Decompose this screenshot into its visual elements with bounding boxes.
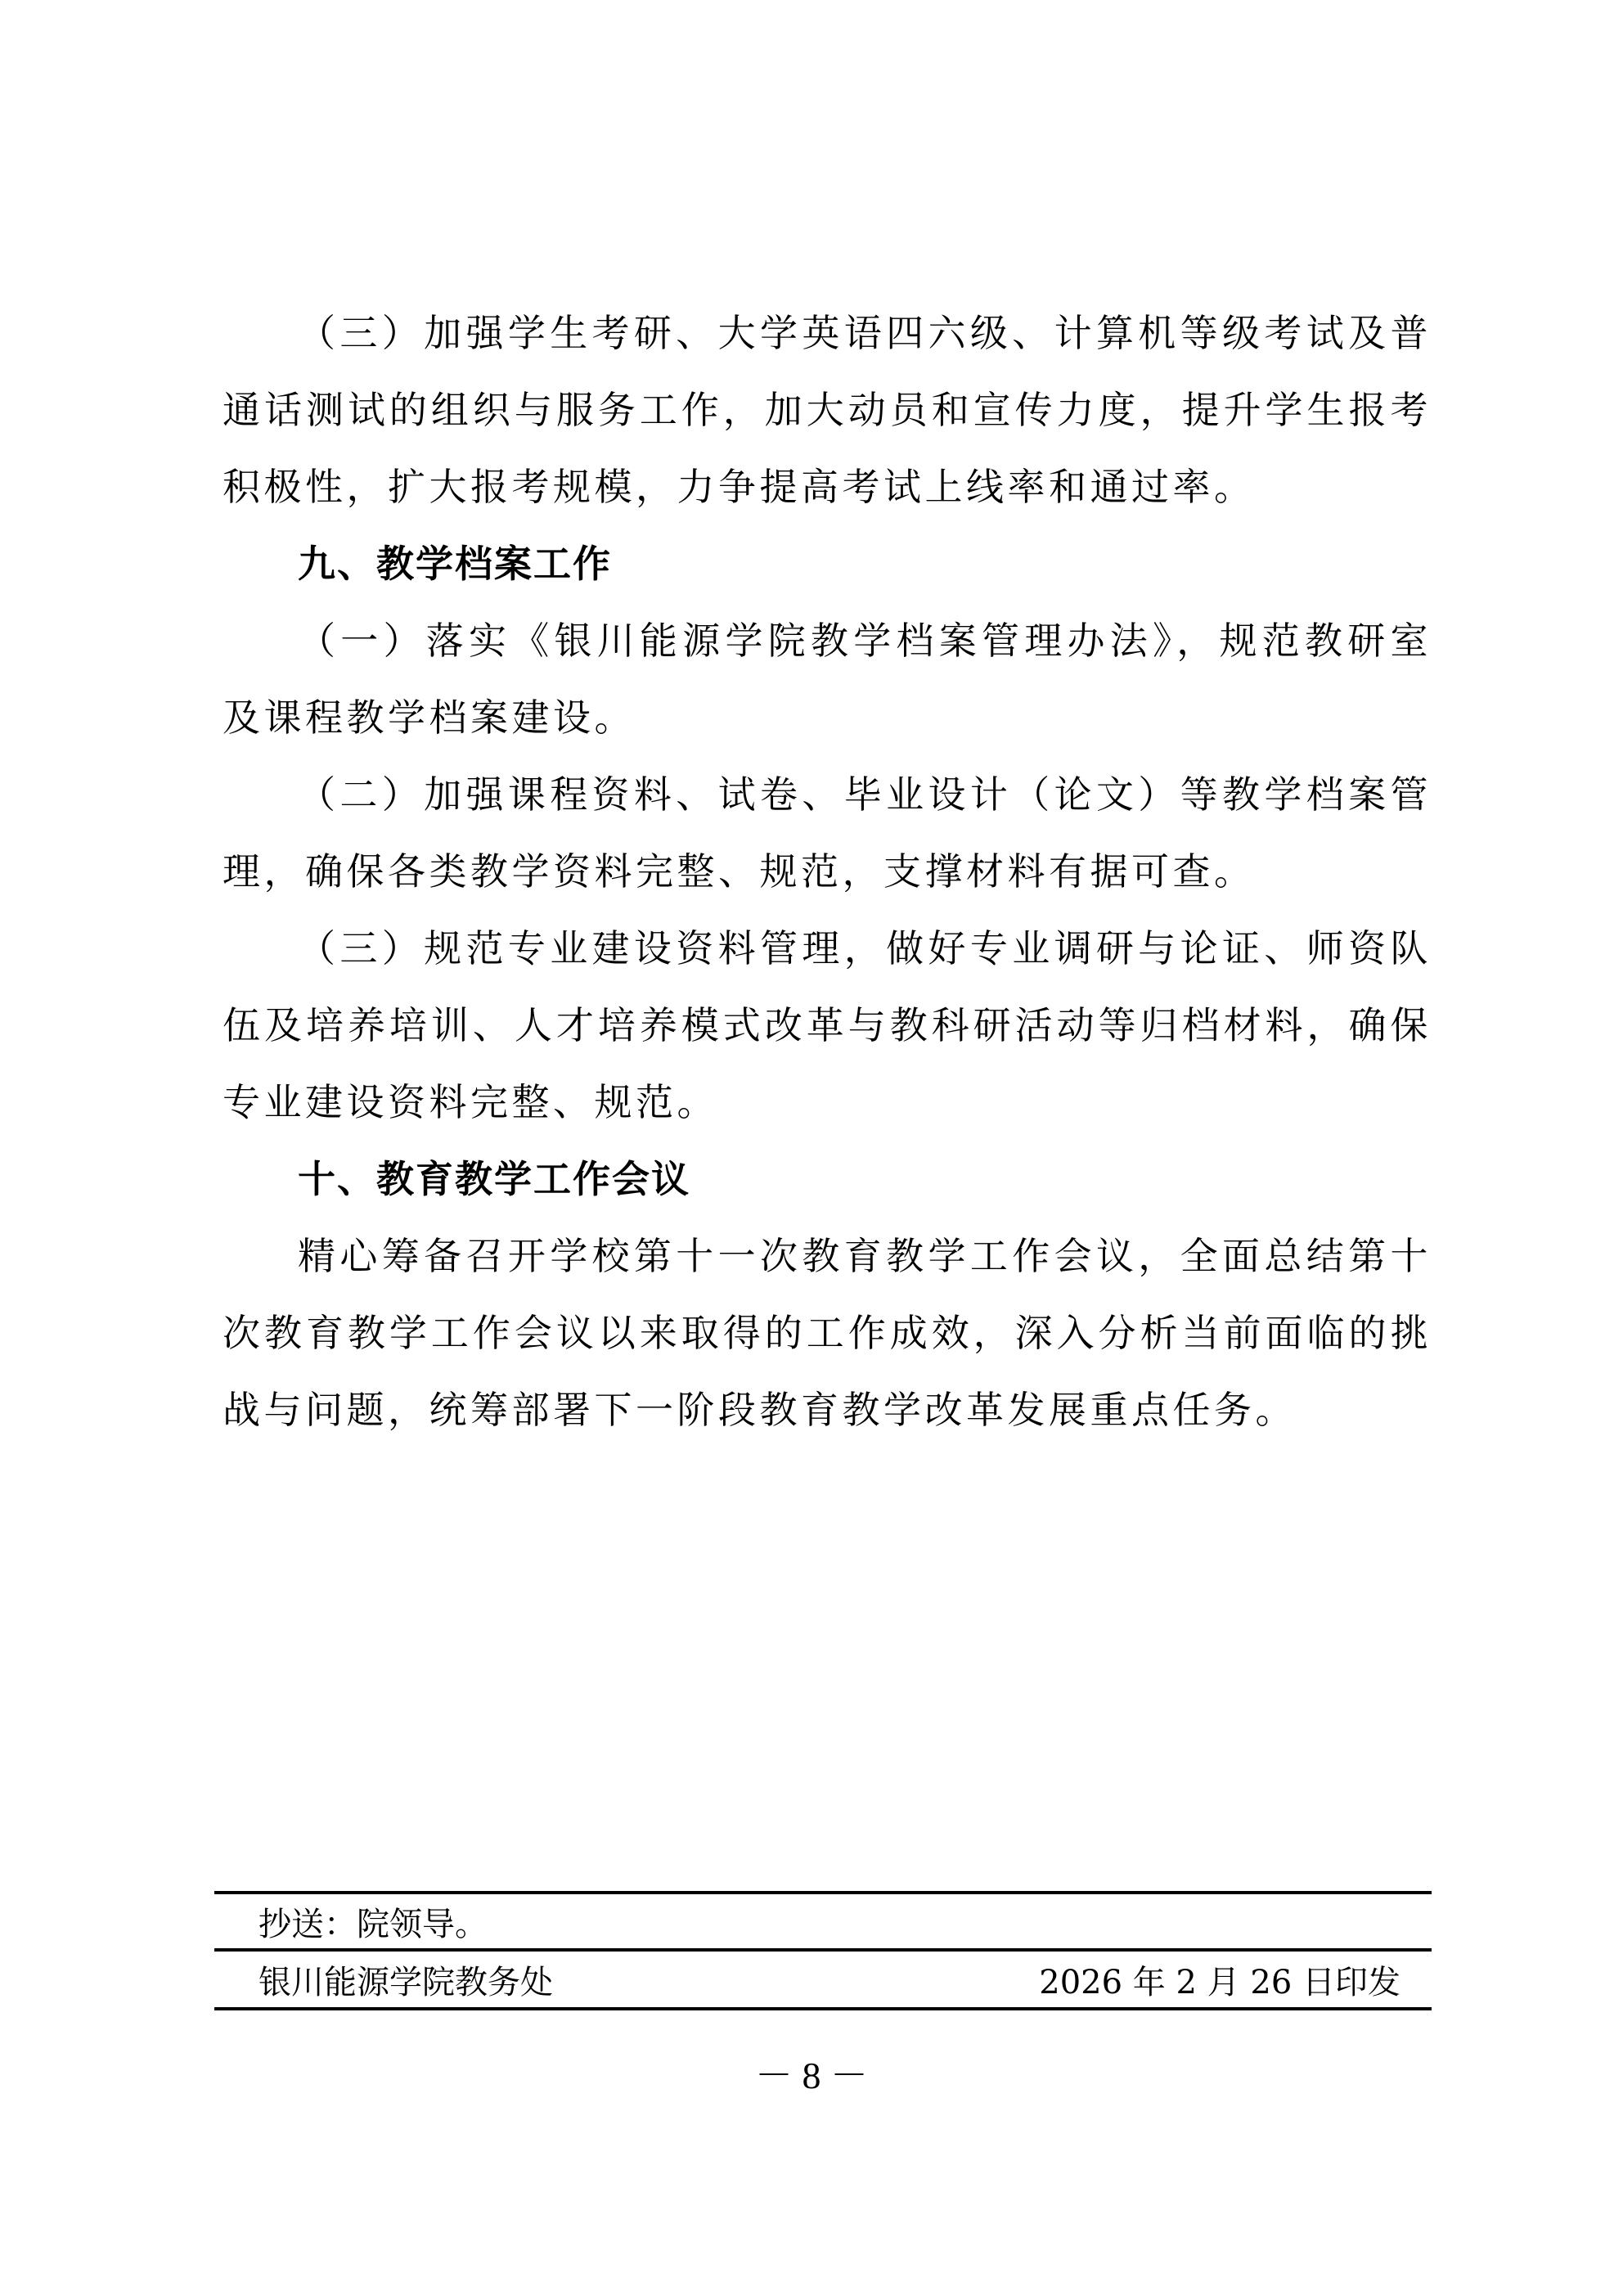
paragraph-exam-services: （三）加强学生考研、大学英语四六级、计算机等级考试及普通话测试的组织与服务工作，… (223, 295, 1432, 525)
page-number: － 8 － (0, 2046, 1623, 2100)
cc-row: 抄送：院领导。 (214, 1894, 1432, 1948)
heading-teaching-archives: 九、教学档案工作 (223, 525, 1432, 602)
paragraph-conference-plan: 精心筹备召开学校第十一次教育教学工作会议，全面总结第十次教育教学工作会议以来取得… (223, 1218, 1432, 1448)
document-page: （三）加强学生考研、大学英语四六级、计算机等级考试及普通话测试的组织与服务工作，… (0, 0, 1623, 2296)
issuer-row: 银川能源学院教务处 2026 年 2 月 26 日印发 (214, 1952, 1432, 2007)
issuer: 银川能源学院教务处 (259, 1956, 553, 2003)
issue-date: 2026 年 2 月 26 日印发 (1039, 1956, 1400, 2003)
heading-education-conference: 十、教育教学工作会议 (223, 1141, 1432, 1218)
paragraph-archive-measures: （一）落实《银川能源学院教学档案管理办法》，规范教研室及课程教学档案建设。 (223, 602, 1432, 756)
paragraph-major-construction: （三）规范专业建设资料管理，做好专业调研与论证、师资队伍及培养培训、人才培养模式… (223, 910, 1432, 1141)
paragraph-course-materials: （二）加强课程资料、试卷、毕业设计（论文）等教学档案管理，确保各类教学资料完整、… (223, 756, 1432, 910)
document-footer: 抄送：院领导。 银川能源学院教务处 2026 年 2 月 26 日印发 (214, 1891, 1432, 2010)
footer-bottom-rule (214, 2007, 1432, 2010)
cc-label: 抄送：院领导。 (259, 1898, 488, 1945)
document-body: （三）加强学生考研、大学英语四六级、计算机等级考试及普通话测试的组织与服务工作，… (223, 295, 1432, 1448)
